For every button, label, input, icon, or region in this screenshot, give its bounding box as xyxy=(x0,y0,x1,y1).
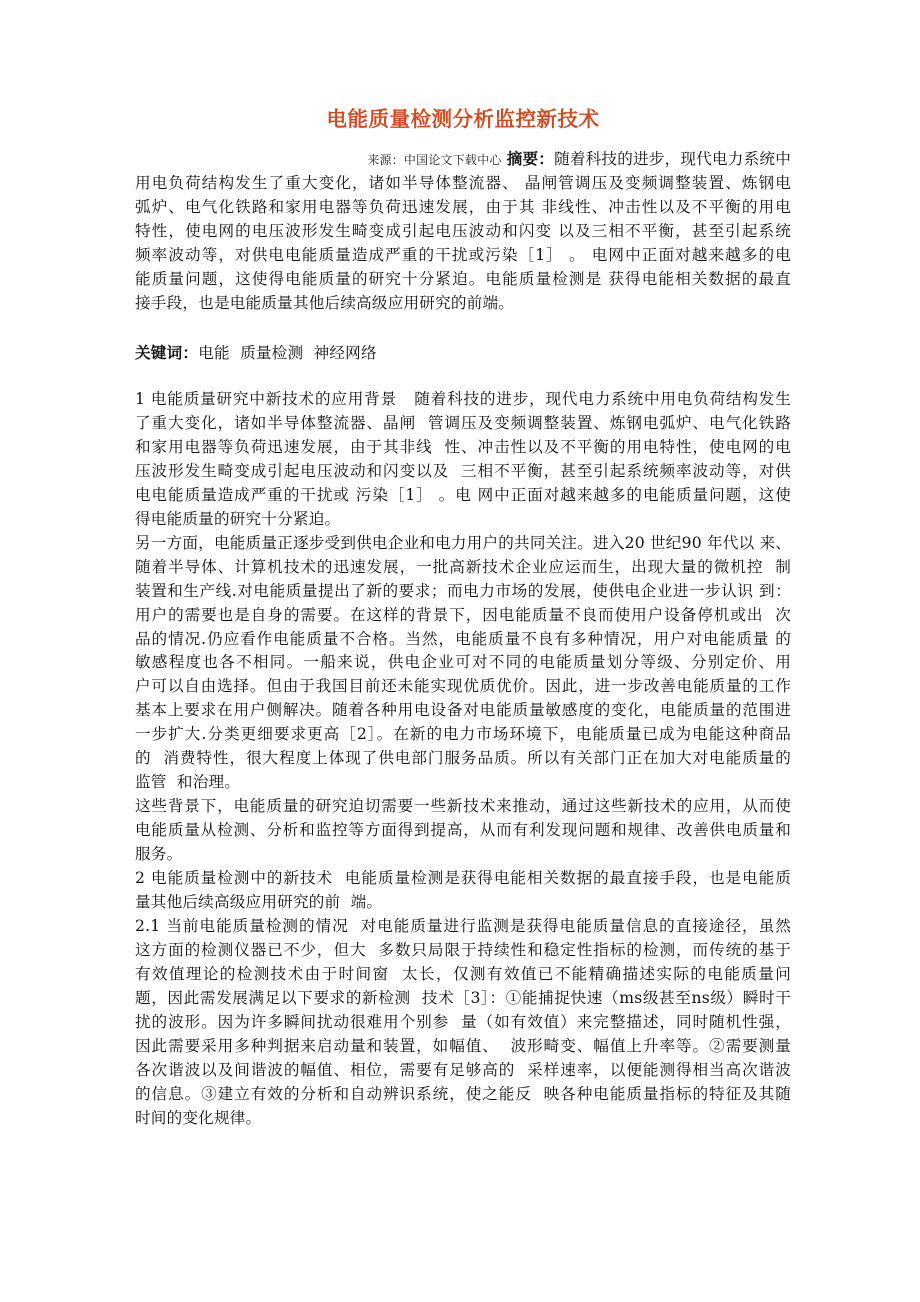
body-line: 了重大变化，诸如半导体整流器、晶闸 管调压及变频调整装置、炼钢电弧炉、电气化铁路 xyxy=(135,411,791,435)
abstract-label: 摘要： xyxy=(507,150,554,168)
abstract-line: 弧炉、电气化铁路和家用电器等负荷迅速发展，由于其 非线性、冲击性以及不平衡的用电 xyxy=(135,195,791,219)
abstract-text-start: 随着科技的进步，现代电力系统中 xyxy=(554,150,791,168)
body-line: 2.1 当前电能质量检测的情况 对电能质量进行监测是获得电能质量信息的直接途径，… xyxy=(135,914,791,938)
body-line: 另一方面，电能质量正逐步受到供电企业和电力用户的共同关注。进入20 世纪90 年… xyxy=(135,531,791,555)
body-line: 这方面的检测仪器已不少，但大 多数只局限于持续性和稳定性指标的检测，而传统的基于 xyxy=(135,938,791,962)
body-line: 一步扩大.分类更细要求更高［2］。在新的电力市场环境下，电能质量已成为电能这种商… xyxy=(135,722,791,746)
body-line: 监管 和治理。 xyxy=(135,770,791,794)
abstract-line: 特性，使电网的电压波形发生畸变成引起电压波动和闪变 以及三相不平衡，甚至引起系统 xyxy=(135,219,791,243)
body-line: 得电能质量的研究十分紧迫。 xyxy=(135,507,791,531)
body-line: 扰的波形。因为许多瞬间扰动很难用个别参 量（如有效值）来完整描述，同时随机性强， xyxy=(135,1010,791,1034)
body-line: 基本上要求在用户侧解决。随着各种用电设备对电能质量敏感度的变化，电能质量的范围进 xyxy=(135,698,791,722)
keywords-value: 电能 质量检测 神经网络 xyxy=(198,344,377,362)
body-line: 各次谐波以及间谐波的幅值、相位，需要有足够高的 采样速率，以便能测得相当高次谐波 xyxy=(135,1058,791,1082)
body-line: 量其他后续高级应用研究的前 端。 xyxy=(135,890,791,914)
body-line: 电能质量从检测、分析和监控等方面得到提高，从而有利发现问题和规律、改善供电质量和 xyxy=(135,818,791,842)
body-line: 装置和生产线.对电能质量提出了新的要求；而电力市场的发展，使供电企业进一步认识 … xyxy=(135,579,791,603)
body-line: 的 消费特性，很大程度上体现了供电部门服务品质。所以有关部门正在加大对电能质量的 xyxy=(135,746,791,770)
keywords-label: 关键词： xyxy=(135,344,198,362)
abstract-first-line: 来源：中国论文下载中心 摘要：随着科技的进步，现代电力系统中 xyxy=(135,147,791,171)
body-line: 敏感程度也各不相同。一船来说，供电企业可对不同的电能质量划分等级、分别定价、用 xyxy=(135,650,791,674)
body-line: 题，因此需发展满足以下要求的新检测 技术［3］：①能捕捉快速（ms级甚至ns级）… xyxy=(135,986,791,1010)
abstract-line: 能质量问题，这使得电能质量的研究十分紧迫。电能质量检测是 获得电能相关数据的最直 xyxy=(135,267,791,291)
body-line: 的信息。③建立有效的分析和自动辨识系统，使之能反 映各种电能质量指标的特征及其随 xyxy=(135,1082,791,1106)
document-title: 电能质量检测分析监控新技术 xyxy=(135,102,791,132)
body-line: 品的情况.仍应看作电能质量不合格。当然，电能质量不良有多种情况，用户对电能质量 … xyxy=(135,627,791,651)
body-line: 时间的变化规律。 xyxy=(135,1106,791,1130)
keywords-line: 关键词：电能 质量检测 神经网络 xyxy=(135,341,791,365)
body-line: 电电能质量造成严重的干扰或 污染［1］ 。电 网中正面对越来越多的电能质量问题，… xyxy=(135,483,791,507)
body-line: 压波形发生畸变成引起电压波动和闪变以及 三相不平衡，甚至引起系统频率波动等，对供 xyxy=(135,459,791,483)
abstract-line: 用电负荷结构发生了重大变化，诸如半导体整流器、 晶闸管调压及变频调整装置、炼钢电 xyxy=(135,171,791,195)
body-line: 这些背景下，电能质量的研究迫切需要一些新技术来推动，通过这些新技术的应用，从而使 xyxy=(135,794,791,818)
body-line: 随着半导体、计算机技术的迅速发展，一批高新技术企业应运而生，出现大量的微机控 制 xyxy=(135,555,791,579)
body-line: 因此需要采用多种判据来启动量和装置，如幅值、 波形畸变、幅值上升率等。②需要测量 xyxy=(135,1034,791,1058)
abstract-line: 接手段，也是电能质量其他后续高级应用研究的前端。 xyxy=(135,291,791,315)
body-line: 2 电能质量检测中的新技术 电能质量检测是获得电能相关数据的最直接手段，也是电能… xyxy=(135,866,791,890)
source-label: 来源：中国论文下载中心 xyxy=(367,153,501,167)
body-line: 1 电能质量研究中新技术的应用背景 随着科技的进步，现代电力系统中用电负荷结构发… xyxy=(135,387,791,411)
body-line: 服务。 xyxy=(135,842,791,866)
body-line: 户可以自由选择。但由于我国目前还未能实现优质优价。因此，进一步改善电能质量的工作 xyxy=(135,674,791,698)
body-line: 有效值理论的检测技术由于时间窗 太长，仅测有效值已不能精确描述实际的电能质量问 xyxy=(135,962,791,986)
abstract-line: 频率波动等，对供电电能质量造成严重的干扰或污染［1］ 。 电网中正面对越来越多的… xyxy=(135,243,791,267)
body-line: 用户的需要也是自身的需要。在这样的背景下，因电能质量不良而使用户设备停机或出 次 xyxy=(135,603,791,627)
body-line: 和家用电器等负荷迅速发展，由于其非线 性、冲击性以及不平衡的用电特性，使电网的电 xyxy=(135,435,791,459)
